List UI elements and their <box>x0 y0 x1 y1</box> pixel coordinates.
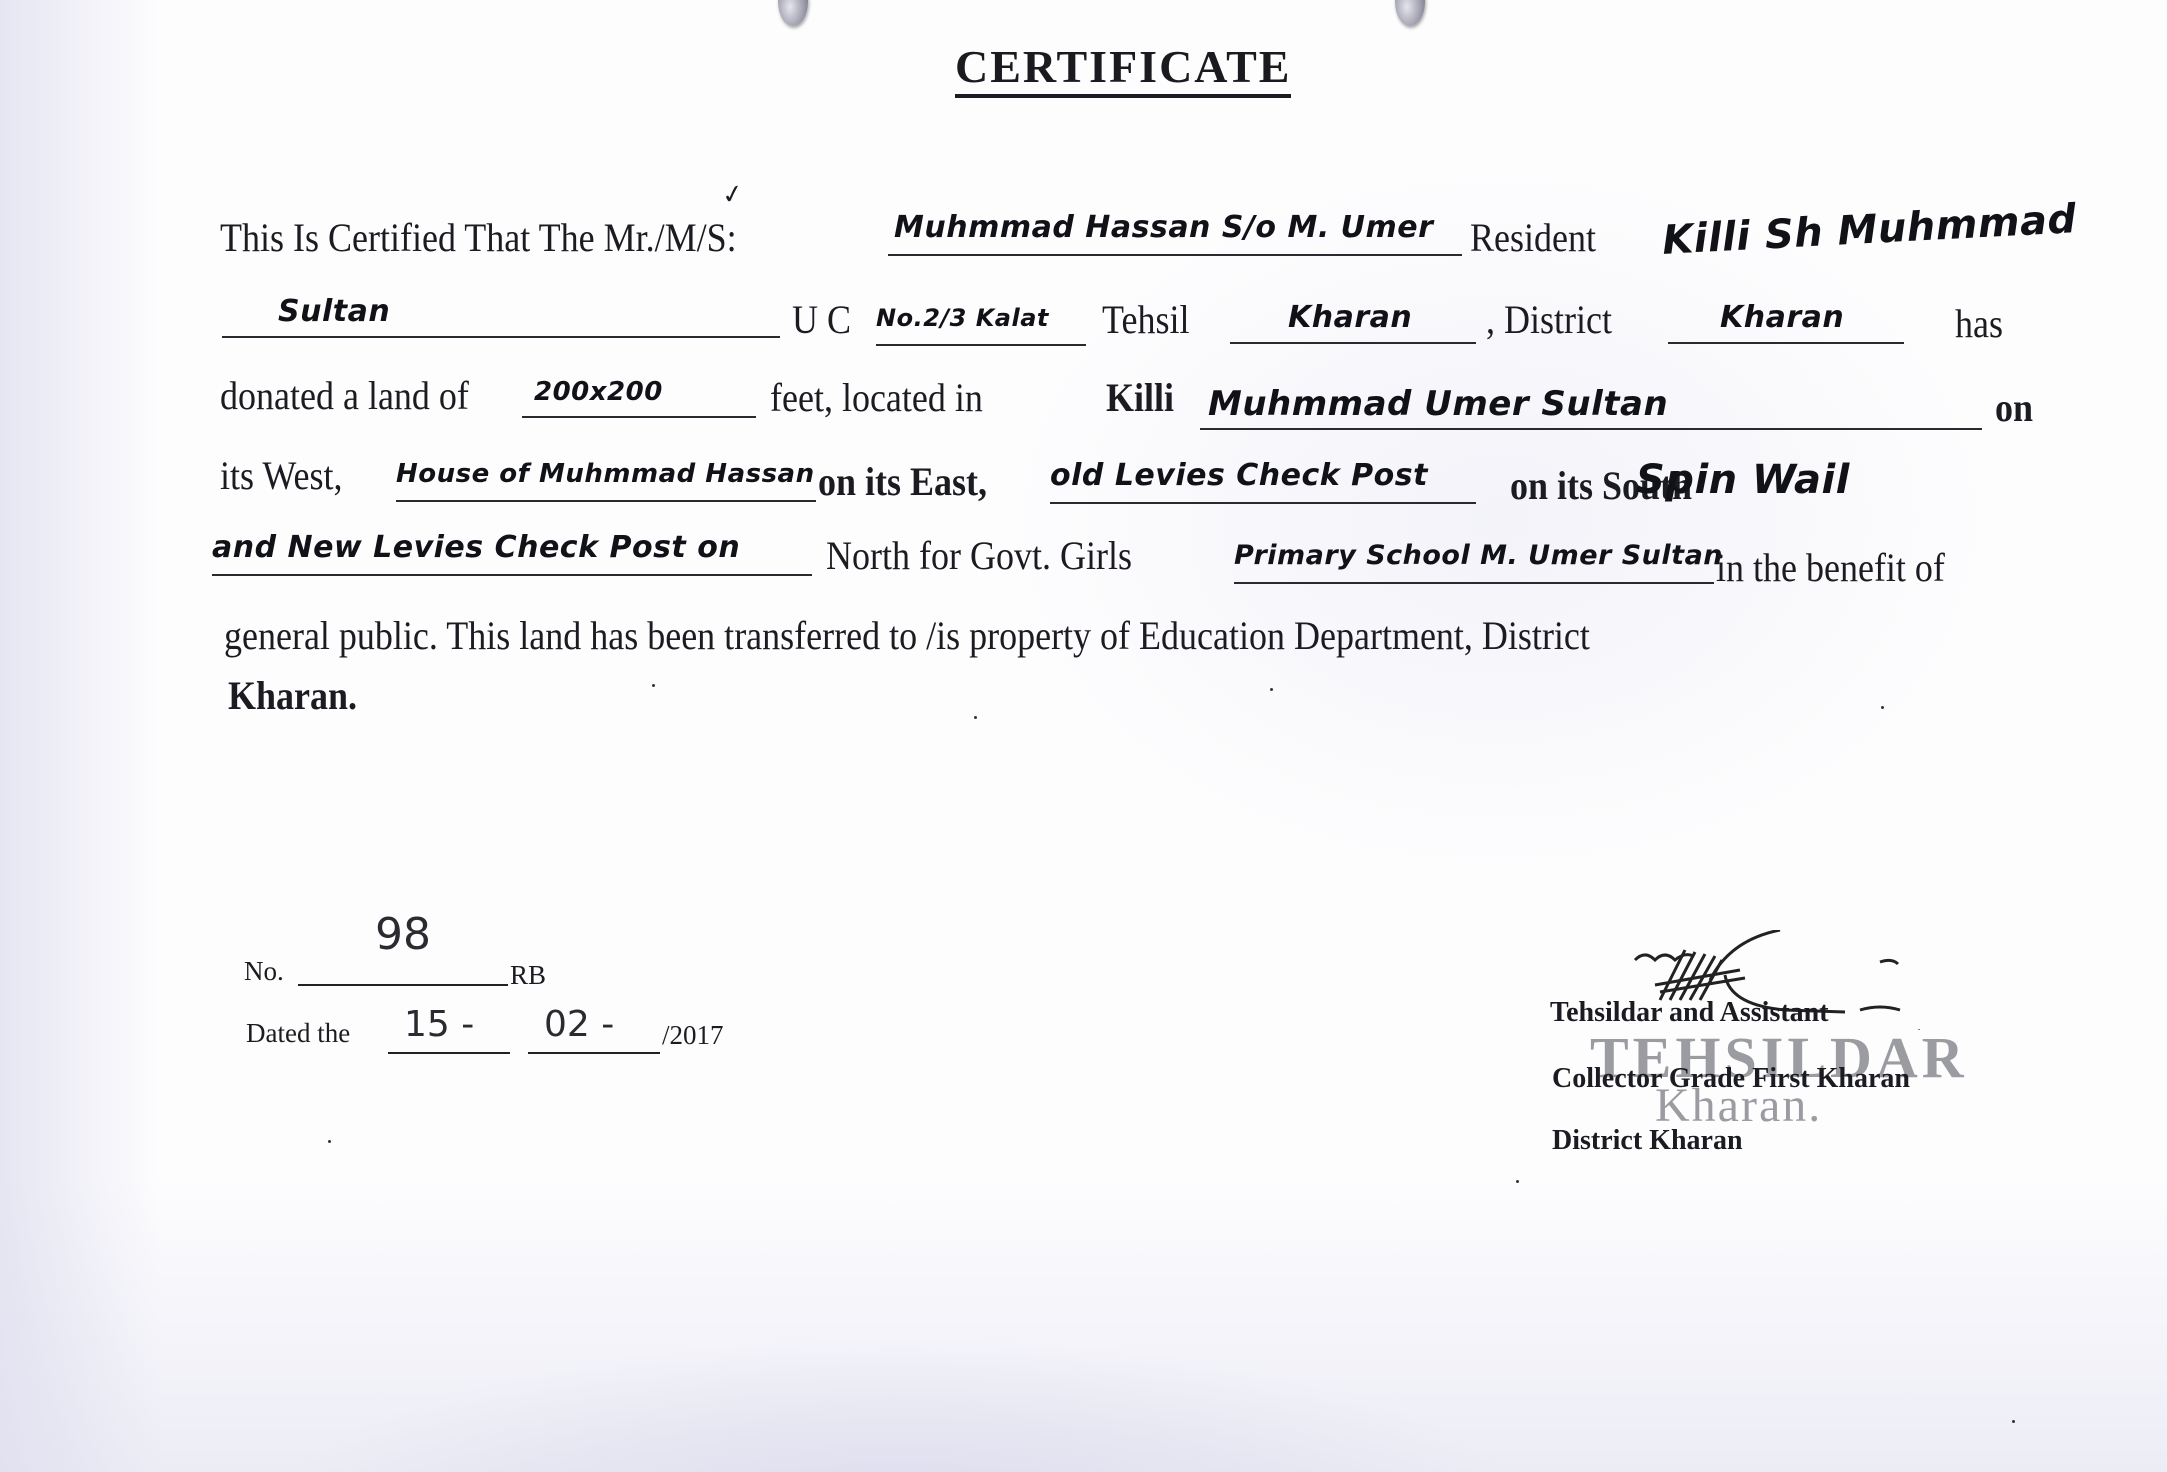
school-field: Primary School M. Umer Sultan <box>1234 534 1714 584</box>
scan-speck <box>974 716 977 719</box>
has-label: has <box>1955 300 2003 348</box>
punch-hole <box>778 0 808 26</box>
land-size-field: 200x200 <box>522 370 756 418</box>
scan-speck <box>2012 1420 2015 1423</box>
number-label: No. <box>244 956 284 986</box>
east-label: on its East, <box>818 458 987 506</box>
west-label: its West, <box>220 452 342 500</box>
district-field: Kharan <box>1668 296 1904 344</box>
killi-field: Muhmmad Umer Sultan <box>1200 382 1982 430</box>
uc-field: No.2/3 Kalat <box>876 296 1086 346</box>
scan-speck <box>1881 706 1884 709</box>
scan-speck <box>1270 688 1273 691</box>
date-month: 02 - <box>544 1004 614 1045</box>
resident-value-line2: Sultan <box>222 290 780 338</box>
name-field: Muhmmad Hassan S/o M. Umer <box>888 206 1462 256</box>
signatory-title-line3: District Kharan <box>1552 1126 1743 1156</box>
check-mark-icon: ✓ <box>720 178 747 211</box>
date-day: 15 - <box>404 1004 474 1045</box>
certificate-page: CERTIFICATE ✓ This Is Certified That The… <box>0 0 2167 1472</box>
intro-text: This Is Certified That The Mr./M/S: <box>220 214 737 262</box>
date-label: Dated the <box>246 1018 350 1048</box>
date-day-field: 15 - <box>388 1010 510 1054</box>
number-value: 98 <box>375 909 431 960</box>
transfer-text: general public. This land has been trans… <box>224 612 1590 660</box>
date-year: /2017 <box>662 1020 724 1050</box>
donated-label: donated a land of <box>220 372 469 420</box>
signatory-title-line2: Collector Grade First Kharan <box>1552 1064 1910 1094</box>
resident-label: Resident <box>1470 214 1596 262</box>
feet-label: feet, located in <box>770 374 983 422</box>
south-value: Spin Wail <box>1636 456 1850 504</box>
north-label: North for Govt. Girls <box>826 532 1132 580</box>
resident-value-line1: Killi Sh Muhmmad <box>1661 195 2078 265</box>
on-label: on <box>1995 384 2033 432</box>
date-month-field: 02 - <box>528 1010 660 1054</box>
punch-hole <box>1395 0 1425 26</box>
benefit-label: in the benefit of <box>1716 544 1945 592</box>
number-suffix: RB <box>510 960 546 990</box>
signatory-title-line1: Tehsildar and Assistant <box>1550 998 1829 1028</box>
west-field: House of Muhmmad Hassan <box>396 452 816 502</box>
scan-speck <box>652 684 655 687</box>
tehsil-field: Kharan <box>1230 296 1476 344</box>
uc-label: U C <box>792 296 851 344</box>
killi-label: Killi <box>1106 374 1174 422</box>
certificate-title: CERTIFICATE <box>955 44 1291 98</box>
district-label: , District <box>1486 296 1612 344</box>
tehsil-label: Tehsil <box>1102 296 1189 344</box>
transfer-text-end: Kharan. <box>228 672 357 720</box>
north-field: and New Levies Check Post on <box>212 526 812 576</box>
scan-speck <box>328 1140 331 1143</box>
number-field: 98 <box>298 920 508 986</box>
scan-speck <box>1516 1180 1519 1183</box>
east-field: old Levies Check Post <box>1050 454 1476 504</box>
